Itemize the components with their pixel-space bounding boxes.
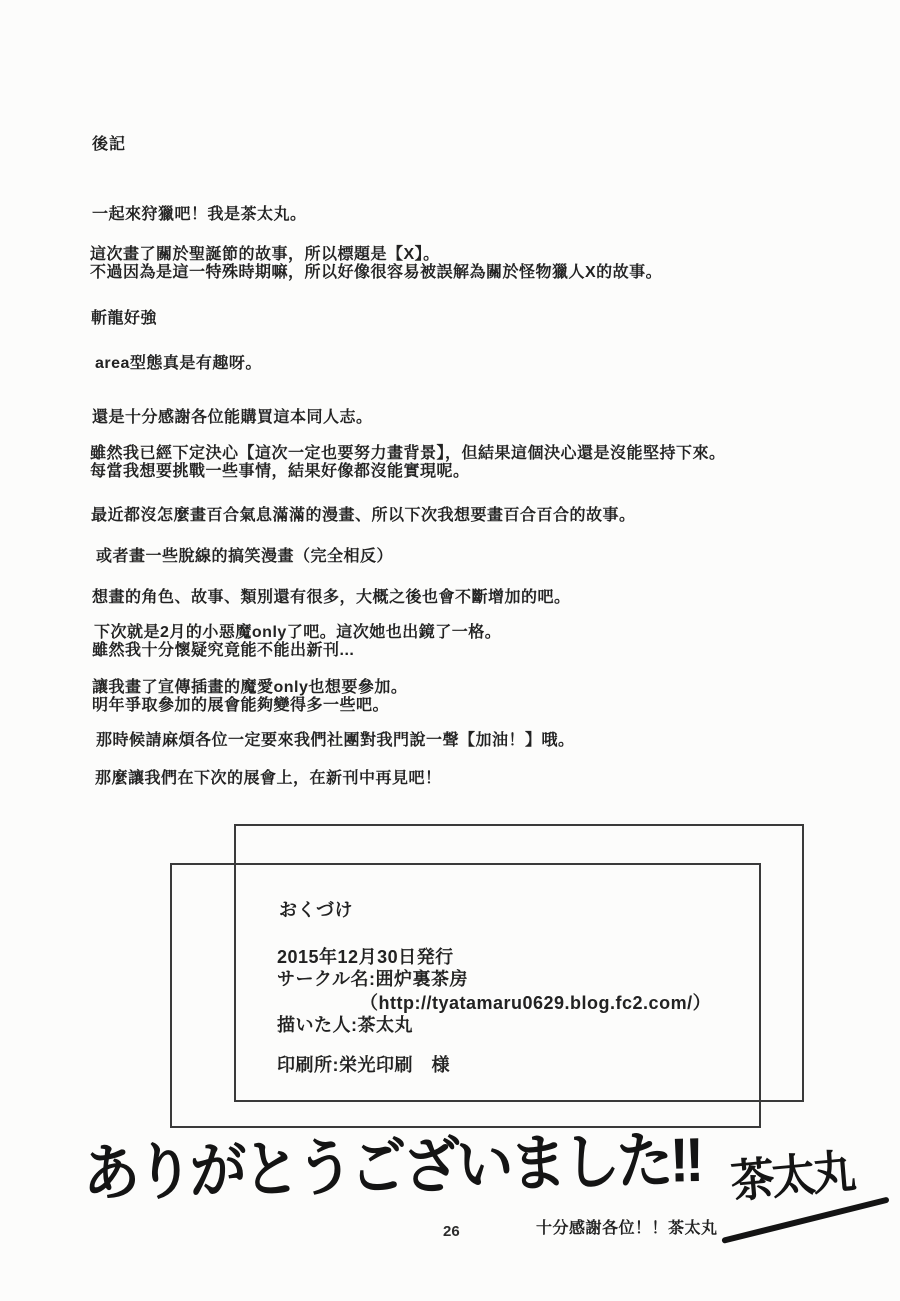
afterword-line: 還是十分感謝各位能購買這本同人志。	[92, 409, 373, 427]
afterword-line: 那時候請麻煩各位一定要來我們社團對我門說一聲【加油！】哦。	[96, 732, 575, 750]
afterword-line: 一起來狩獵吧！我是茶太丸。	[92, 206, 307, 224]
afterword-line: area型態真是有趣呀。	[95, 355, 262, 373]
page-number: 26	[443, 1223, 460, 1240]
colophon-artist: 描いた人:茶太丸	[277, 1011, 413, 1037]
afterword-line: 不過因為是這一特殊時期嘛，所以好像很容易被誤解為關於怪物獵人X的故事。	[90, 264, 662, 282]
afterword-line: 這次畫了關於聖誕節的故事，所以標題是【X】。	[90, 246, 440, 264]
scanned-afterword-page: 後記 一起來狩獵吧！我是茶太丸。 這次畫了關於聖誕節的故事，所以標題是【X】。 …	[0, 0, 900, 1301]
afterword-heading: 後記	[92, 131, 126, 154]
afterword-line: 明年爭取參加的展會能夠變得多一些吧。	[92, 697, 389, 715]
colophon-circle-name: サークル名:囲炉裏茶房	[277, 965, 468, 991]
afterword-line: 雖然我已經下定決心【這次一定也要努力畫背景】，但結果這個決心還是沒能堅持下來。	[90, 445, 726, 463]
colophon-title: おくづけ	[279, 896, 353, 922]
afterword-line: 想畫的角色、故事、類別還有很多，大概之後也會不斷增加的吧。	[92, 589, 571, 607]
afterword-line: 下次就是2月的小惡魔only了吧。這次她也出鏡了一格。	[94, 624, 501, 642]
afterword-line: 讓我畫了宣傳插畫的魔愛only也想要參加。	[92, 679, 407, 697]
afterword-line: 最近都沒怎麼畫百合氣息滿滿的漫畫、所以下次我想要畫百合百合的故事。	[91, 507, 636, 525]
handwritten-signature: 茶太丸	[728, 1135, 856, 1212]
afterword-line: 每當我想要挑戰一些事情，結果好像都沒能實現呢。	[90, 463, 470, 481]
handwritten-thanks: ありがとうございました!!	[82, 1110, 701, 1213]
colophon-printer: 印刷所:栄光印刷 様	[277, 1051, 450, 1077]
afterword-line: 斬龍好強	[91, 310, 157, 328]
afterword-line: 或者畫一些脫線的搞笑漫畫（完全相反）	[96, 548, 393, 566]
afterword-line: 雖然我十分懷疑究竟能不能出新刊...	[92, 642, 354, 660]
afterword-line: 那麼讓我們在下次的展會上，在新刊中再見吧！	[95, 770, 442, 788]
footer-thanks-note: 十分感謝各位！！茶太丸	[536, 1215, 718, 1238]
